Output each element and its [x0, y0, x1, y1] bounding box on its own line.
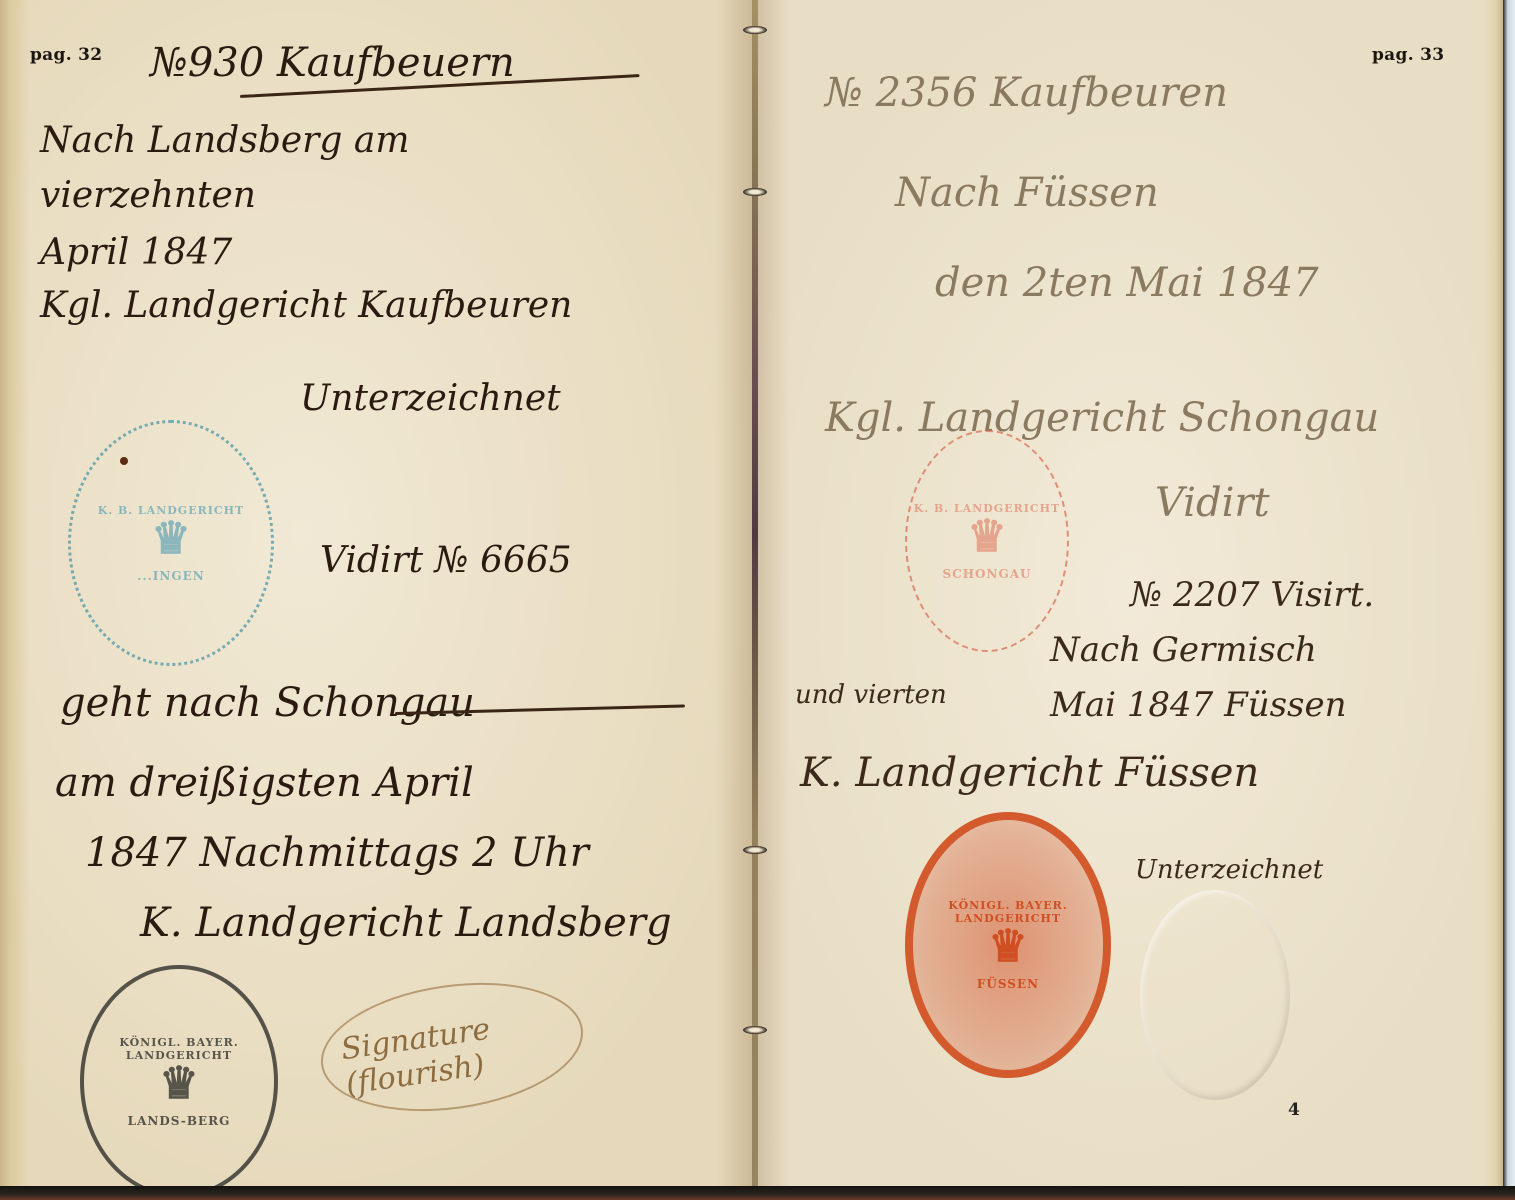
blind-embossed-seal	[1140, 890, 1290, 1100]
right-page: pag. 33 № 2356 Kaufbeuren Nach Füssen de…	[755, 0, 1503, 1188]
official-signature: Signature (flourish)	[313, 967, 592, 1127]
folio-number: 4	[1288, 1100, 1300, 1120]
open-book: pag. 32 №930 Kaufbeuern Nach Landsberg a…	[0, 0, 1515, 1200]
seal-place-text: LANDS-BERG	[128, 1114, 231, 1128]
handwritten-line: 1847 Nachmittags 2 Uhr	[85, 830, 589, 876]
binding-stitch	[743, 188, 767, 196]
handwritten-line: Nach Füssen	[895, 170, 1159, 216]
left-page: pag. 32 №930 Kaufbeuern Nach Landsberg a…	[0, 0, 755, 1188]
handwritten-line: Nach Landsberg am	[40, 120, 409, 161]
handwritten-line: Vidirt	[1155, 480, 1270, 526]
handwritten-line: Kgl. Landgericht Kaufbeuren	[40, 285, 572, 326]
binding-stitch	[743, 1026, 767, 1034]
book-bottom-edge	[0, 1186, 1515, 1200]
handwritten-line: am dreißigsten April	[55, 760, 474, 806]
handwritten-line: K. Landgericht Landsberg	[140, 900, 672, 946]
crown-icon: ♛	[159, 1062, 198, 1106]
faint-red-landgericht-seal: K. B. LANDGERICHT ♛ SCHONGAU	[905, 430, 1069, 652]
handwritten-line: und vierten	[795, 680, 947, 710]
ink-blot	[120, 457, 128, 465]
handwritten-line: April 1847	[40, 232, 232, 273]
seal-place-text: FÜSSEN	[977, 977, 1039, 991]
black-landgericht-seal: KÖNIGL. BAYER. LANDGERICHT ♛ LANDS-BERG	[80, 965, 278, 1198]
binding-stitch	[743, 846, 767, 854]
binding-stitch	[743, 26, 767, 34]
handwritten-line: № 2207 Visirt.	[1130, 575, 1374, 615]
blue-landgericht-seal: K. B. LANDGERICHT ♛ ...INGEN	[68, 420, 274, 666]
handwritten-line: geht nach Schongau	[60, 680, 475, 726]
handwritten-line: vierzehnten	[40, 175, 256, 216]
page-label-left: pag. 32	[30, 45, 102, 65]
handwritten-line: Unterzeichnet	[300, 378, 561, 419]
handwritten-line: Nach Germisch	[1050, 630, 1317, 670]
crown-icon: ♛	[151, 517, 190, 561]
seal-place-text: ...INGEN	[137, 569, 204, 583]
page-label-right: pag. 33	[1372, 45, 1444, 65]
handwritten-line: №930 Kaufbeuern	[150, 40, 515, 86]
handwritten-line: K. Landgericht Füssen	[800, 750, 1259, 796]
book-cover-edge	[1503, 0, 1515, 1200]
crown-icon: ♛	[967, 515, 1006, 559]
red-landgericht-seal: KÖNIGL. BAYER. LANDGERICHT ♛ FÜSSEN	[905, 812, 1111, 1078]
handwritten-line: Vidirt № 6665	[320, 540, 572, 581]
handwritten-line: den 2ten Mai 1847	[935, 260, 1319, 306]
handwritten-line: Mai 1847 Füssen	[1050, 685, 1347, 725]
signature-text: Signature (flourish)	[339, 999, 586, 1102]
handwritten-line: Unterzeichnet	[1135, 855, 1323, 885]
seal-place-text: SCHONGAU	[943, 567, 1032, 581]
handwritten-line: № 2356 Kaufbeuren	[825, 70, 1228, 116]
crown-icon: ♛	[988, 925, 1027, 969]
book-spine-gutter	[752, 0, 758, 1188]
handwritten-line: Kgl. Landgericht Schongau	[825, 395, 1379, 441]
